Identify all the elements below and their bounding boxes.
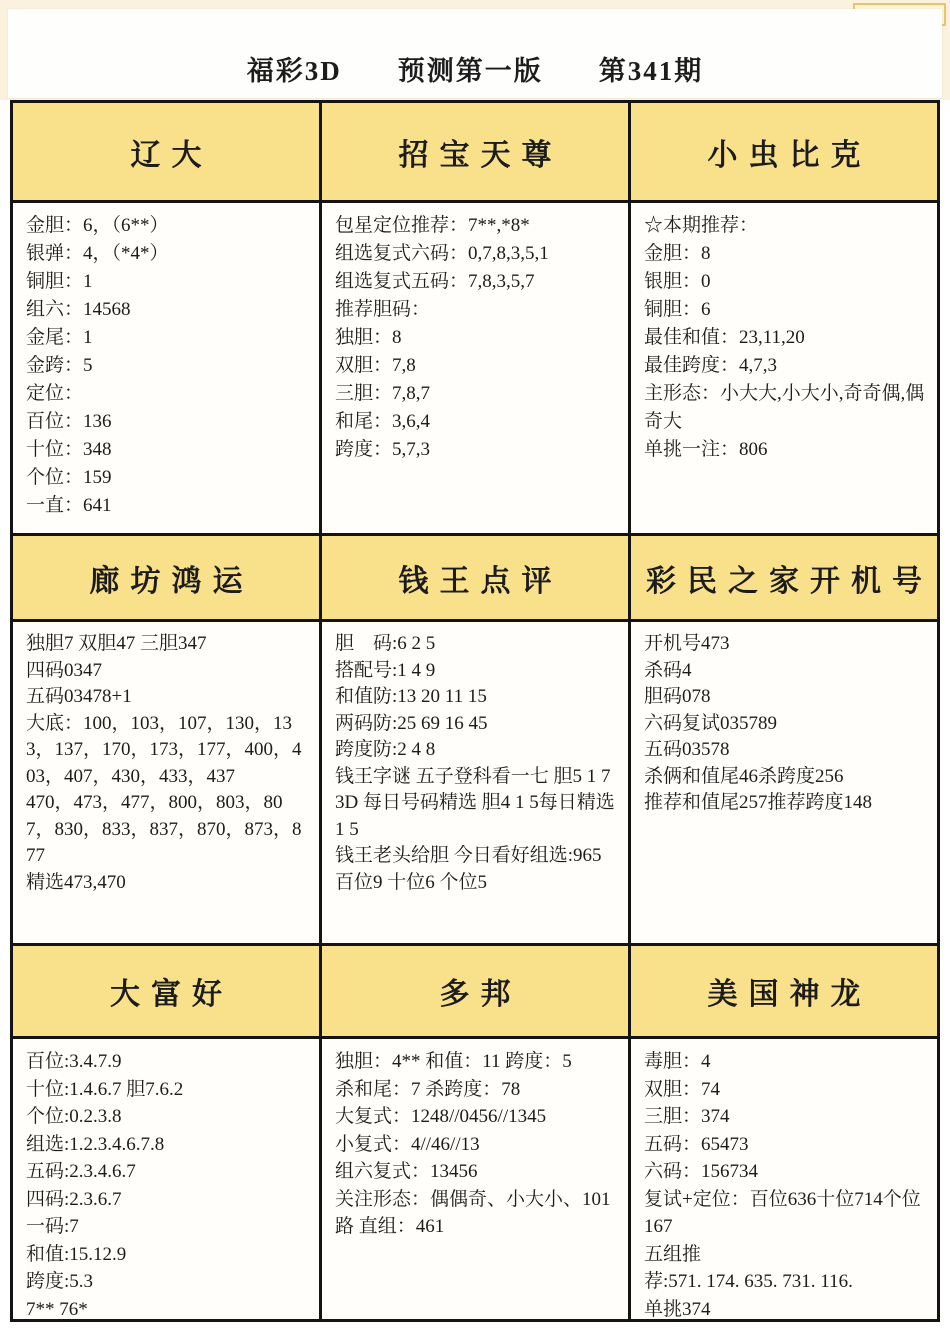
panel-line: 关注形态：偶偶奇、小大小、101路 直组：461 [335, 1186, 616, 1241]
panel-line: 六码复试035789 [644, 711, 925, 738]
panel-body: 开机号473杀码4胆码078六码复试035789五码03578杀俩和值尾46杀跨… [631, 622, 937, 943]
panel-line: 四码0347 [26, 658, 307, 685]
panel-line: 六码：156734 [644, 1158, 925, 1186]
panel-line: 组六复式：13456 [335, 1158, 616, 1186]
panel-line: 双胆：7,8 [335, 352, 616, 380]
panel-line: 最佳跨度：4,7,3 [644, 352, 925, 380]
panel-body: ☆本期推荐：金胆：8银胆：0铜胆：6最佳和值：23,11,20最佳跨度：4,7,… [631, 203, 937, 533]
panel-line: 和值:15.12.9 [26, 1241, 307, 1269]
panel-line: 小复式：4//46//13 [335, 1131, 616, 1159]
panel-body: 独胆7 双胆47 三胆347四码0347五码03478+1大底：100，103，… [13, 622, 319, 943]
panel-title: 廊坊鸿运 [13, 536, 319, 622]
panel-line: 五组推 [644, 1241, 925, 1269]
panel-line: 组选:1.2.3.4.6.7.8 [26, 1131, 307, 1159]
panel-line: 胆 码:6 2 5 [335, 631, 616, 658]
panel-5: 钱王点评胆 码:6 2 5搭配号:1 4 9和值防:13 20 11 15两码防… [322, 536, 628, 943]
panel-line: 推荐胆码： [335, 296, 616, 324]
panel-line: 独胆：4** 和值：11 跨度：5 [335, 1048, 616, 1076]
panel-title: 辽大 [13, 103, 319, 203]
panel-line: 单挑一注：806 [644, 436, 925, 464]
panel-line: 主形态：小大大,小大小,奇奇偶,偶奇大 [644, 380, 925, 436]
page-title-issue: 第341期 [599, 49, 704, 88]
panel-line: 跨度:5.3 [26, 1268, 307, 1296]
panel-line: 跨度防:2 4 8 [335, 737, 616, 764]
panel-line: 铜胆：6 [644, 296, 925, 324]
panel-3: 小虫比克☆本期推荐：金胆：8银胆：0铜胆：6最佳和值：23,11,20最佳跨度：… [631, 103, 937, 533]
panel-line: 470，473，477，800，803，807，830，833，837，870，… [26, 790, 307, 870]
panel-line: 荐:571. 174. 635. 731. 116. [644, 1268, 925, 1296]
panel-line: 金胆：8 [644, 240, 925, 268]
panel-line: 搭配号:1 4 9 [335, 658, 616, 685]
panel-line: 五码03478+1 [26, 684, 307, 711]
panel-line: 金尾：1 [26, 324, 307, 352]
panel-line: 大复式：1248//0456//1345 [335, 1103, 616, 1131]
panel-line: 一直：641 [26, 492, 307, 520]
title-panel: 福彩3D 预测第一版 第341期 [8, 9, 942, 98]
panel-line: 单挑374 [644, 1296, 925, 1320]
panel-line: 推荐和值尾257推荐跨度148 [644, 790, 925, 817]
panel-line: 开机号473 [644, 631, 925, 658]
panel-line: 五码:2.3.4.6.7 [26, 1158, 307, 1186]
panel-line: 钱王老头给胆 今日看好组选:965百位9 十位6 个位5 [335, 843, 616, 896]
panel-line: 三胆：374 [644, 1103, 925, 1131]
panel-line: 复试+定位：百位636十位714个位167 [644, 1186, 925, 1241]
panel-title: 小虫比克 [631, 103, 937, 203]
prediction-sheet-page: 97654.com 福彩3D 预测第一版 第341期 辽大金胆：6，（6**）银… [0, 0, 950, 1343]
panel-line: 五码：65473 [644, 1131, 925, 1159]
panel-line: 铜胆：1 [26, 268, 307, 296]
panel-body: 百位:3.4.7.9十位:1.4.6.7 胆7.6.2个位:0.2.3.8组选:… [13, 1039, 319, 1319]
panel-line: ☆本期推荐： [644, 212, 925, 240]
panel-line: 银弹：4，（*4*） [26, 240, 307, 268]
panel-line: 跨度：5,7,3 [335, 436, 616, 464]
panel-line: 精选473,470 [26, 870, 307, 897]
panel-line: 胆码078 [644, 684, 925, 711]
panel-line: 个位：159 [26, 464, 307, 492]
panel-line: 杀俩和值尾46杀跨度256 [644, 764, 925, 791]
panel-line: 双胆：74 [644, 1076, 925, 1104]
panel-9: 美国神龙毒胆：4双胆：74三胆：374五码：65473六码：156734复试+定… [631, 946, 937, 1319]
panel-title: 钱王点评 [322, 536, 628, 622]
panel-line: 百位:3.4.7.9 [26, 1048, 307, 1076]
page-title-edition: 预测第一版 [398, 49, 543, 88]
panel-line: 3D 每日号码精选 胆4 1 5每日精选1 5 [335, 790, 616, 843]
page-title-lottery: 福彩3D [247, 49, 342, 88]
panel-line: 杀码4 [644, 658, 925, 685]
panel-line: 个位:0.2.3.8 [26, 1103, 307, 1131]
panel-line: 两码防:25 69 16 45 [335, 711, 616, 738]
panel-body: 毒胆：4双胆：74三胆：374五码：65473六码：156734复试+定位：百位… [631, 1039, 937, 1319]
panel-line: 杀和尾：7 杀跨度：78 [335, 1076, 616, 1104]
panel-body: 胆 码:6 2 5搭配号:1 4 9和值防:13 20 11 15两码防:25 … [322, 622, 628, 943]
panel-line: 包星定位推荐：7**,*8* [335, 212, 616, 240]
panel-line: 大底：100，103，107，130，133，137，170，173，177，4… [26, 711, 307, 791]
panel-line: 四码:2.3.6.7 [26, 1186, 307, 1214]
panel-body: 包星定位推荐：7**,*8*组选复式六码：0,7,8,3,5,1组选复式五码：7… [322, 203, 628, 533]
panel-line: 百位：136 [26, 408, 307, 436]
panel-7: 大富好百位:3.4.7.9十位:1.4.6.7 胆7.6.2个位:0.2.3.8… [13, 946, 319, 1319]
panel-line: 钱王字谜 五子登科看一七 胆5 1 7 [335, 764, 616, 791]
panel-title: 彩民之家开机号 [631, 536, 937, 622]
panel-line: 独胆：8 [335, 324, 616, 352]
panel-line: 金跨：5 [26, 352, 307, 380]
panel-line: 五码03578 [644, 737, 925, 764]
panel-line: 组六：14568 [26, 296, 307, 324]
panel-title: 多邦 [322, 946, 628, 1039]
panel-line: 三胆：7,8,7 [335, 380, 616, 408]
panel-line: 一码:7 [26, 1213, 307, 1241]
panel-title: 美国神龙 [631, 946, 937, 1039]
panel-line: 组选复式五码：7,8,3,5,7 [335, 268, 616, 296]
panel-8: 多邦独胆：4** 和值：11 跨度：5杀和尾：7 杀跨度：78大复式：1248/… [322, 946, 628, 1319]
panel-line: 金胆：6，（6**） [26, 212, 307, 240]
panel-line: 银胆：0 [644, 268, 925, 296]
panel-line: 定位： [26, 380, 307, 408]
panel-4: 廊坊鸿运独胆7 双胆47 三胆347四码0347五码03478+1大底：100，… [13, 536, 319, 943]
panel-line: 7** 76* [26, 1296, 307, 1320]
panel-6: 彩民之家开机号开机号473杀码4胆码078六码复试035789五码03578杀俩… [631, 536, 937, 943]
panel-2: 招宝天尊包星定位推荐：7**,*8*组选复式六码：0,7,8,3,5,1组选复式… [322, 103, 628, 533]
panel-line: 和尾：3,6,4 [335, 408, 616, 436]
panel-line: 十位:1.4.6.7 胆7.6.2 [26, 1076, 307, 1104]
prediction-table: 辽大金胆：6，（6**）银弹：4，（*4*）铜胆：1组六：14568金尾：1金跨… [10, 100, 940, 1322]
panel-body: 金胆：6，（6**）银弹：4，（*4*）铜胆：1组六：14568金尾：1金跨：5… [13, 203, 319, 533]
panel-line: 组选复式六码：0,7,8,3,5,1 [335, 240, 616, 268]
panel-line: 和值防:13 20 11 15 [335, 684, 616, 711]
panel-line: 独胆7 双胆47 三胆347 [26, 631, 307, 658]
panel-line: 最佳和值：23,11,20 [644, 324, 925, 352]
panel-title: 大富好 [13, 946, 319, 1039]
panel-title: 招宝天尊 [322, 103, 628, 203]
panel-line: 毒胆：4 [644, 1048, 925, 1076]
panel-1: 辽大金胆：6，（6**）银弹：4，（*4*）铜胆：1组六：14568金尾：1金跨… [13, 103, 319, 533]
panel-line: 十位：348 [26, 436, 307, 464]
panel-body: 独胆：4** 和值：11 跨度：5杀和尾：7 杀跨度：78大复式：1248//0… [322, 1039, 628, 1319]
